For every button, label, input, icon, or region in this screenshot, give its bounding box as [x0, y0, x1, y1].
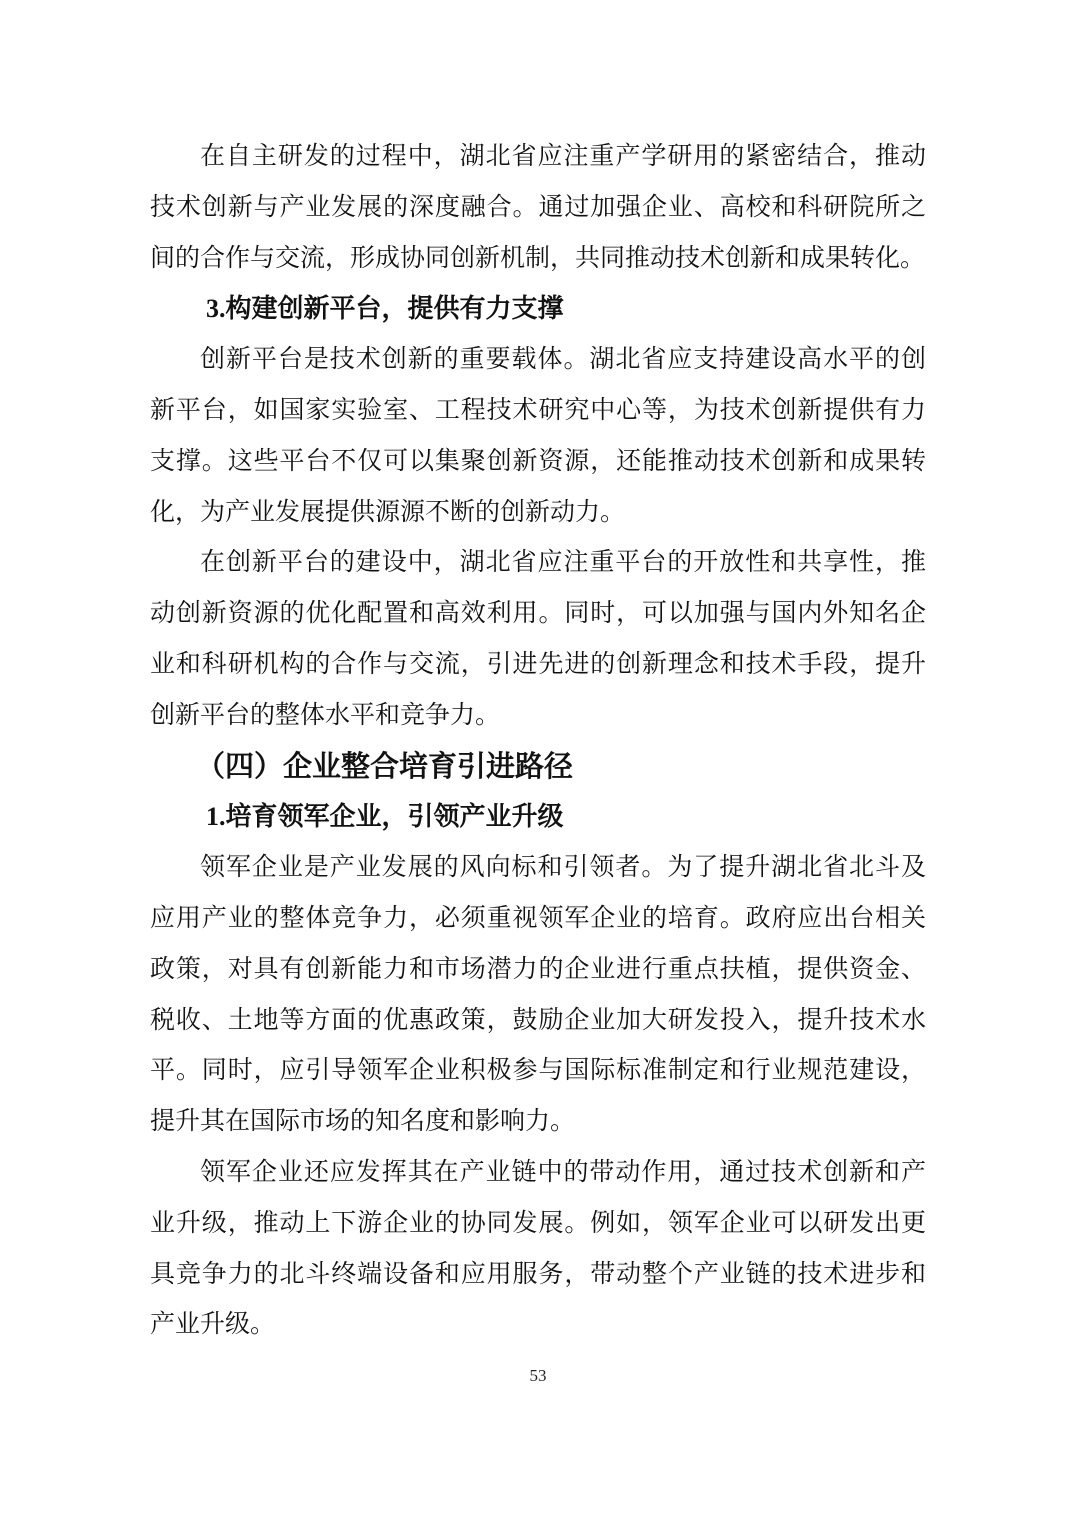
text-line: 领军企业是产业发展的风向标和引领者。为了提升湖北省北斗及	[150, 843, 926, 894]
text-line: 在自主研发的过程中，湖北省应注重产学研用的紧密结合，推动	[150, 132, 926, 183]
text-line: 业和科研机构的合作与交流，引进先进的创新理念和技术手段，提升	[150, 640, 926, 691]
paragraph-industry-chain-driving: 领军企业还应发挥其在产业链中的带动作用，通过技术创新和产 业升级，推动上下游企业…	[150, 1148, 926, 1351]
text-line: 技术创新与产业发展的深度融合。通过加强企业、高校和科研院所之	[150, 183, 926, 234]
text-line: 应用产业的整体竞争力，必须重视领军企业的培育。政府应出台相关	[150, 894, 926, 945]
page-number: 53	[150, 1364, 926, 1388]
text-column: 在自主研发的过程中，湖北省应注重产学研用的紧密结合，推动 技术创新与产业发展的深…	[150, 132, 926, 1351]
text-line: 产业升级。	[150, 1300, 926, 1351]
text-line: 政策，对具有创新能力和市场潜力的企业进行重点扶植，提供资金、	[150, 945, 926, 996]
heading-3-innovation-platform: 3.构建创新平台，提供有力支撑	[150, 284, 926, 335]
paragraph-platform-carrier: 创新平台是技术创新的重要载体。湖北省应支持建设高水平的创 新平台，如国家实验室、…	[150, 335, 926, 538]
text-line: 新平台，如国家实验室、工程技术研究中心等，为技术创新提供有力	[150, 386, 926, 437]
document-page: 在自主研发的过程中，湖北省应注重产学研用的紧密结合，推动 技术创新与产业发展的深…	[0, 0, 1074, 1520]
text-line: 业升级，推动上下游企业的协同发展。例如，领军企业可以研发出更	[150, 1199, 926, 1250]
text-line: 动创新资源的优化配置和高效利用。同时，可以加强与国内外知名企	[150, 589, 926, 640]
text-line: 在创新平台的建设中，湖北省应注重平台的开放性和共享性，推	[150, 538, 926, 589]
paragraph-self-rd: 在自主研发的过程中，湖北省应注重产学研用的紧密结合，推动 技术创新与产业发展的深…	[150, 132, 926, 284]
text-line: 创新平台是技术创新的重要载体。湖北省应支持建设高水平的创	[150, 335, 926, 386]
text-line: 平。同时，应引导领军企业积极参与国际标准制定和行业规范建设，	[150, 1046, 926, 1097]
text-line: 具竞争力的北斗终端设备和应用服务，带动整个产业链的技术进步和	[150, 1250, 926, 1301]
text-line: 化，为产业发展提供源源不断的创新动力。	[150, 488, 926, 539]
text-line: 间的合作与交流，形成协同创新机制，共同推动技术创新和成果转化。	[150, 234, 926, 285]
text-line: 提升其在国际市场的知名度和影响力。	[150, 1097, 926, 1148]
text-line: 领军企业还应发挥其在产业链中的带动作用，通过技术创新和产	[150, 1148, 926, 1199]
heading-1-leading-enterprises: 1.培育领军企业，引领产业升级	[150, 792, 926, 843]
paragraph-platform-openness: 在创新平台的建设中，湖北省应注重平台的开放性和共享性，推 动创新资源的优化配置和…	[150, 538, 926, 741]
paragraph-leading-enterprise-cultivation: 领军企业是产业发展的风向标和引领者。为了提升湖北省北斗及 应用产业的整体竞争力，…	[150, 843, 926, 1148]
text-line: 创新平台的整体水平和竞争力。	[150, 691, 926, 742]
heading-section-4-enterprise-path: （四）企业整合培育引进路径	[150, 742, 926, 793]
text-line: 税收、土地等方面的优惠政策，鼓励企业加大研发投入，提升技术水	[150, 996, 926, 1047]
text-line: 支撑。这些平台不仅可以集聚创新资源，还能推动技术创新和成果转	[150, 437, 926, 488]
